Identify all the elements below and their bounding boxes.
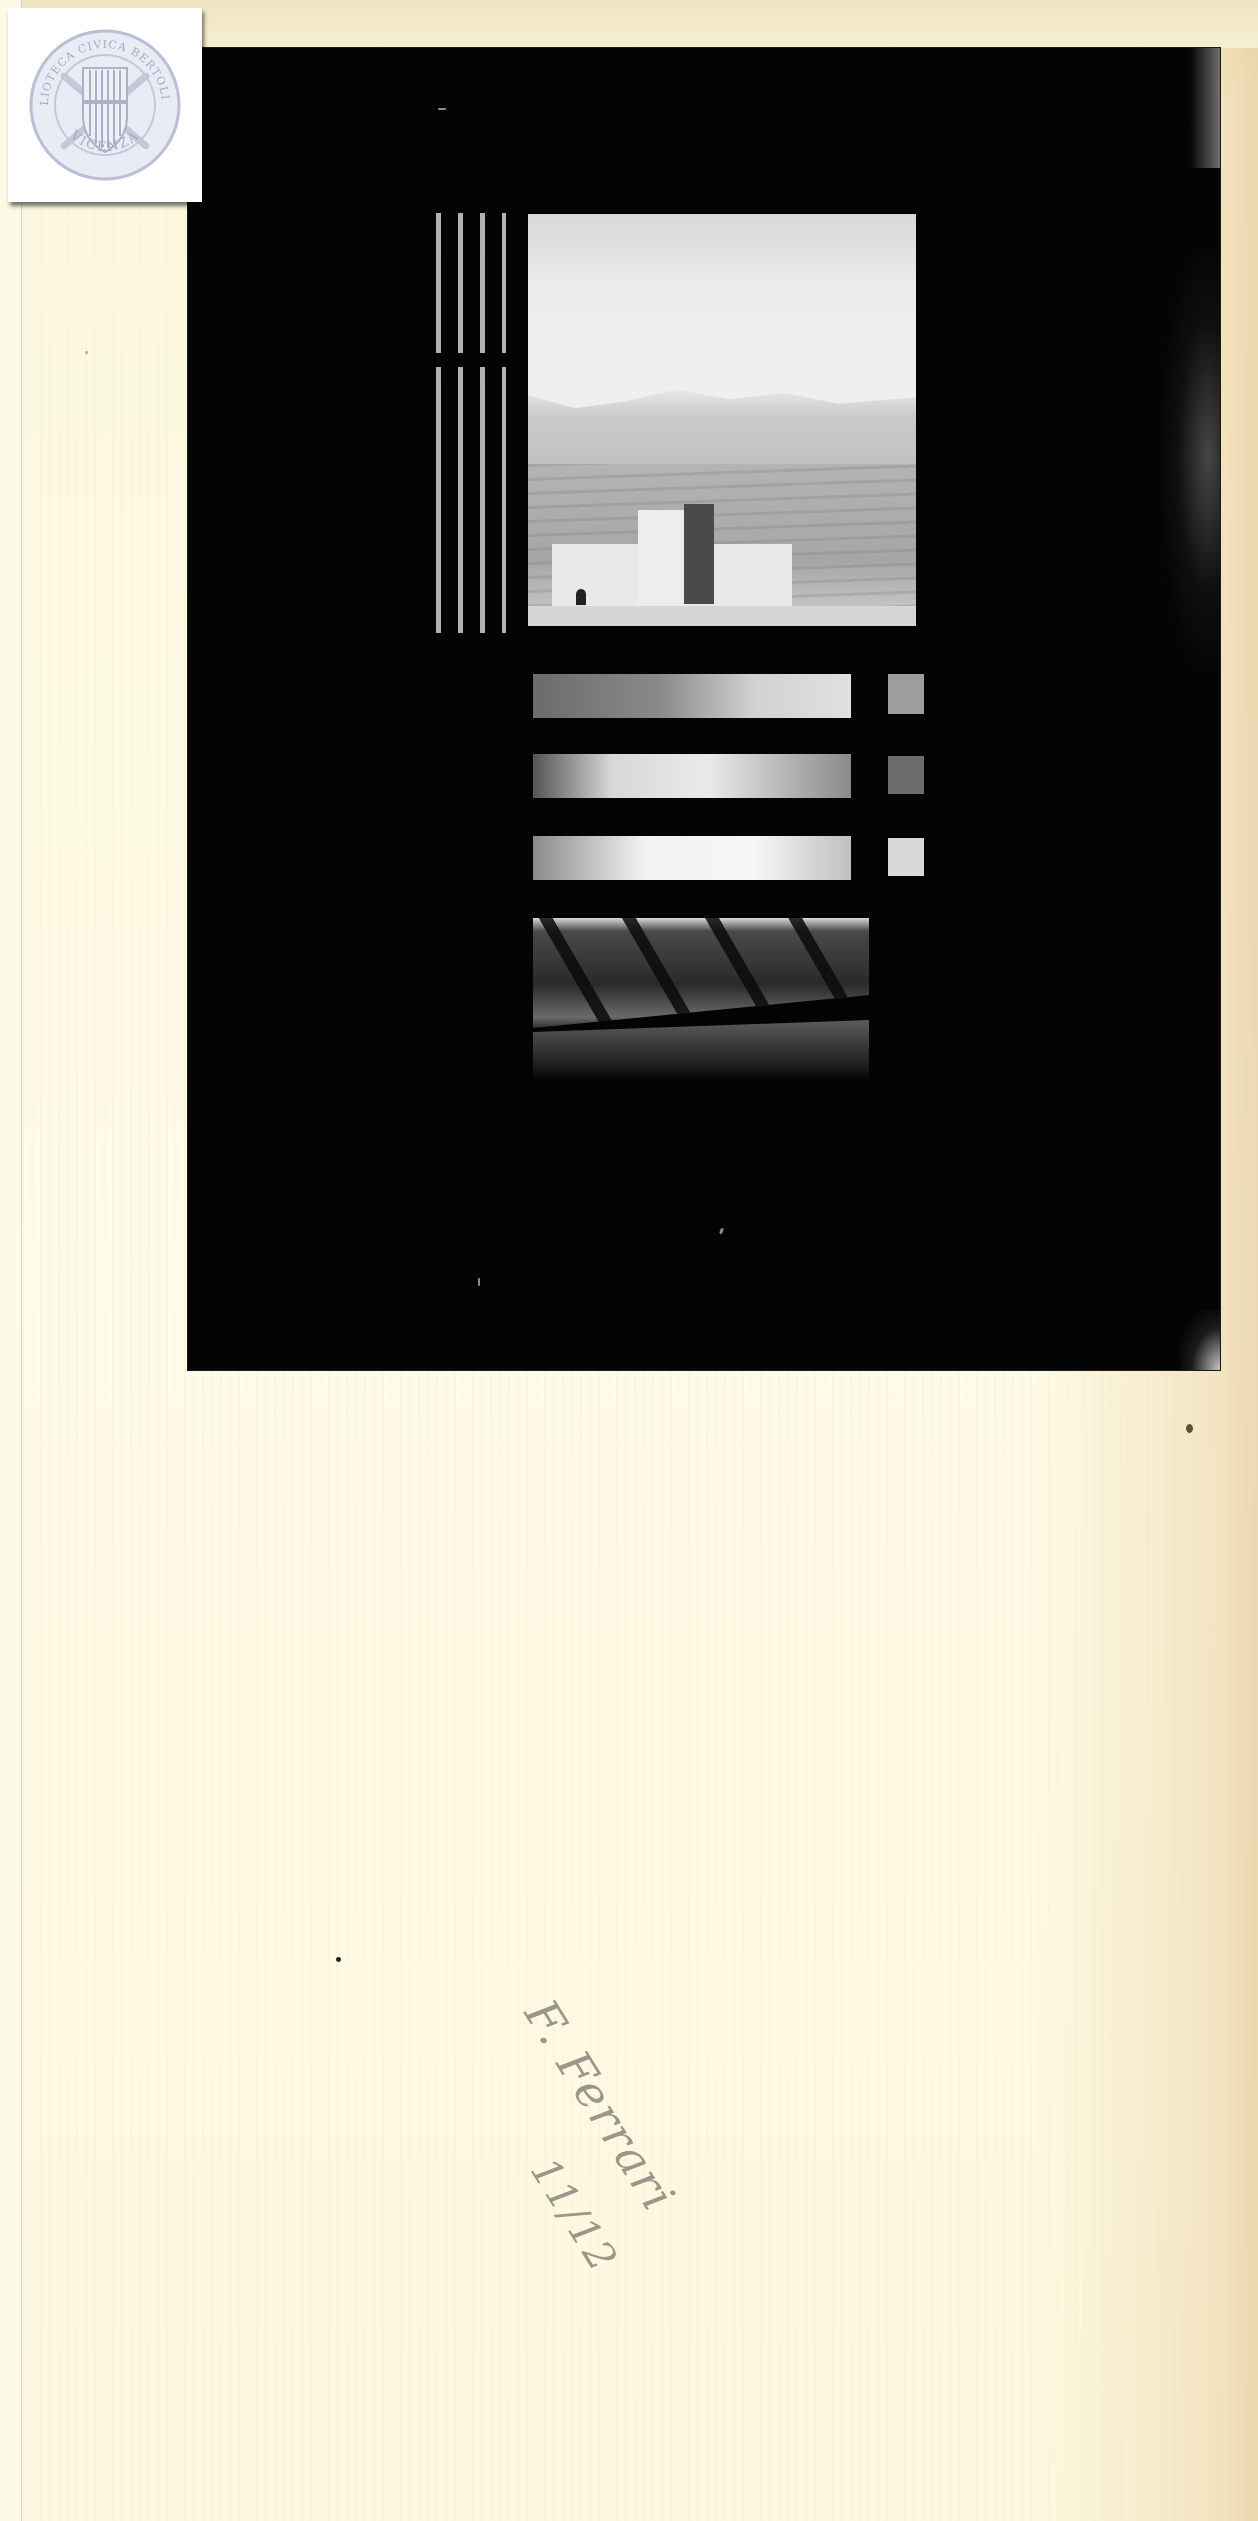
window-view-landscape [528, 214, 916, 626]
castle-tower-dark [684, 504, 714, 604]
railing-gap-2 [533, 754, 851, 798]
shutter-crossbar [426, 353, 506, 367]
foxing-spot [336, 1957, 341, 1962]
balcony-edge [533, 1020, 869, 1080]
road [528, 606, 916, 626]
film-speck [478, 1278, 480, 1286]
library-stamp: BIBLIOTECA CIVICA BERTOLIANA VICENZA [8, 8, 202, 202]
photo-corner-highlight [1180, 1310, 1220, 1370]
balcony-floorboards [533, 918, 869, 1028]
photo-light-leak [1160, 248, 1220, 668]
castle-gate [576, 589, 586, 605]
foxing-spot [85, 351, 88, 354]
railing-gap-1 [533, 674, 851, 718]
library-seal-icon: BIBLIOTECA CIVICA BERTOLIANA VICENZA [28, 28, 182, 182]
film-speck [438, 108, 446, 110]
film-speck [719, 1228, 724, 1235]
railing-side-gap-2 [888, 756, 924, 794]
railing-gap-3 [533, 836, 851, 880]
photo-edge-highlight [1190, 48, 1220, 168]
window-shutter-slats [426, 213, 506, 633]
castle-tower-light [638, 510, 684, 606]
mount-top-edge [22, 0, 1258, 48]
photograph [188, 48, 1220, 1370]
railing-side-gap-1 [888, 674, 924, 714]
foxing-spot [1186, 1424, 1193, 1433]
railing-side-gap-3 [888, 838, 924, 876]
